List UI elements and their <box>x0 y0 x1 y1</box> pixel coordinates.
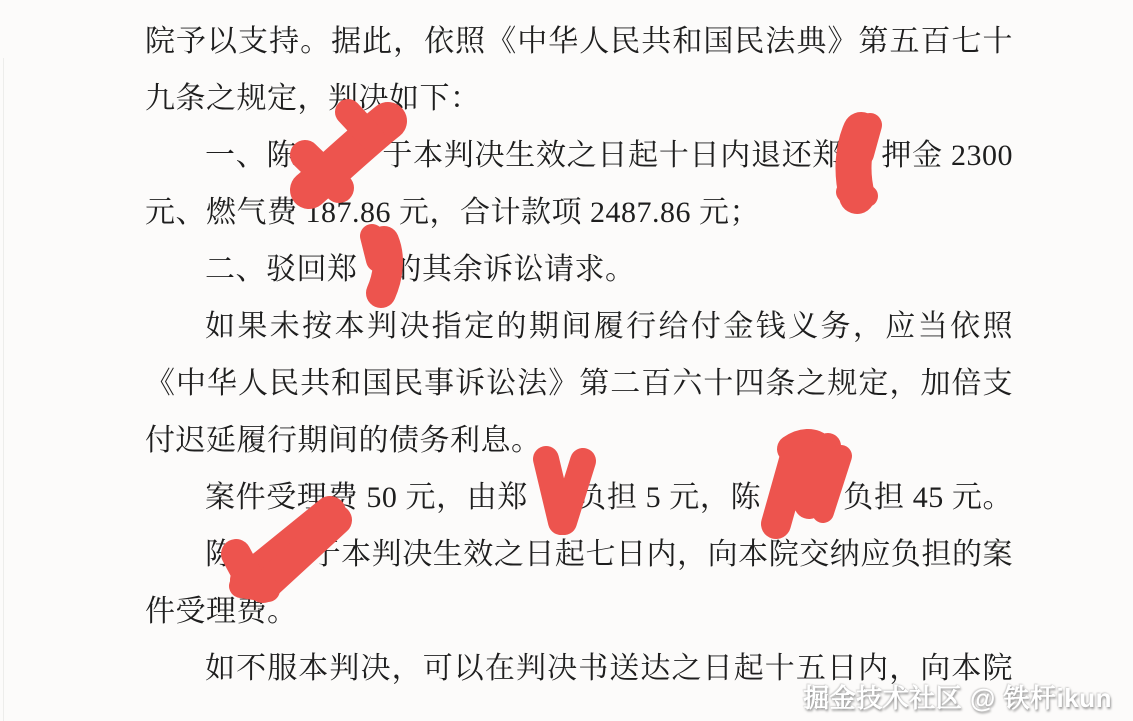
line-text: 件受理费。 <box>145 595 298 628</box>
line-text: 的其余诉讼请求。 <box>392 253 636 286</box>
line-text: 元、燃气费 187.86 元，合计款项 2487.86 元； <box>145 196 760 229</box>
line-text: 于本判决生效之日起七日内，向本院交纳应负担的案 <box>311 538 1013 571</box>
scan-edge-artifact <box>3 58 4 721</box>
redacted-name <box>358 277 392 279</box>
document-line: 院予以支持。据此，依照《中华人民共和国民法典》第五百七十 <box>145 22 1013 66</box>
document-page: 院予以支持。据此，依照《中华人民共和国民法典》第五百七十 九条之规定，判决如下：… <box>0 0 1133 721</box>
line-text: 于本判决生效之日起十日内退还郑 <box>382 139 843 172</box>
line-text: 九条之规定，判决如下： <box>145 82 481 115</box>
document-line: 《中华人民共和国民事诉讼法》第二百六十四条之规定，加倍支 <box>145 364 1013 408</box>
document-line: 一、陈于本判决生效之日起十日内退还郑押金 2300 <box>145 136 1013 180</box>
line-text: 一、陈 <box>205 139 297 172</box>
line-text: 二、驳回郑 <box>205 253 358 286</box>
document-line: 如果未按本判决指定的期间履行给付金钱义务，应当依照 <box>145 307 1013 351</box>
redacted-name <box>528 505 576 507</box>
redaction-scribble <box>241 586 268 590</box>
line-text: 院予以支持。据此，依照《中华人民共和国民法典》第五百七十 <box>145 25 1013 58</box>
document-line: 案件受理费 50 元，由郑负担 5 元，陈负担 45 元。 <box>145 478 1013 522</box>
document-line: 件受理费。 <box>145 592 1013 636</box>
document-line: 二、驳回郑的其余诉讼请求。 <box>145 250 1013 294</box>
document-line: 九条之规定，判决如下： <box>145 79 1013 123</box>
redacted-name <box>843 163 881 165</box>
line-text: 负担 45 元。 <box>843 481 1013 514</box>
line-text: 《中华人民共和国民事诉讼法》第二百六十四条之规定，加倍支 <box>145 367 1013 400</box>
document-line: 付迟延履行期间的债务利息。 <box>145 421 1013 465</box>
watermark: 掘金技术社区 @ 铁杆ikun <box>803 678 1112 715</box>
redacted-name <box>297 163 382 165</box>
redacted-name <box>761 505 843 507</box>
line-text: 陈 <box>205 538 236 571</box>
line-text: 付迟延履行期间的债务利息。 <box>145 424 542 457</box>
redacted-name <box>236 562 311 564</box>
line-text: 负担 5 元，陈 <box>576 481 761 514</box>
line-text: 如果未按本判决指定的期间履行给付金钱义务，应当依照 <box>205 310 1013 343</box>
line-text: 押金 2300 <box>881 139 1013 172</box>
document-line: 陈于本判决生效之日起七日内，向本院交纳应负担的案 <box>145 535 1013 579</box>
line-text: 案件受理费 50 元，由郑 <box>205 481 528 514</box>
document-line: 元、燃气费 187.86 元，合计款项 2487.86 元； <box>145 193 1013 237</box>
